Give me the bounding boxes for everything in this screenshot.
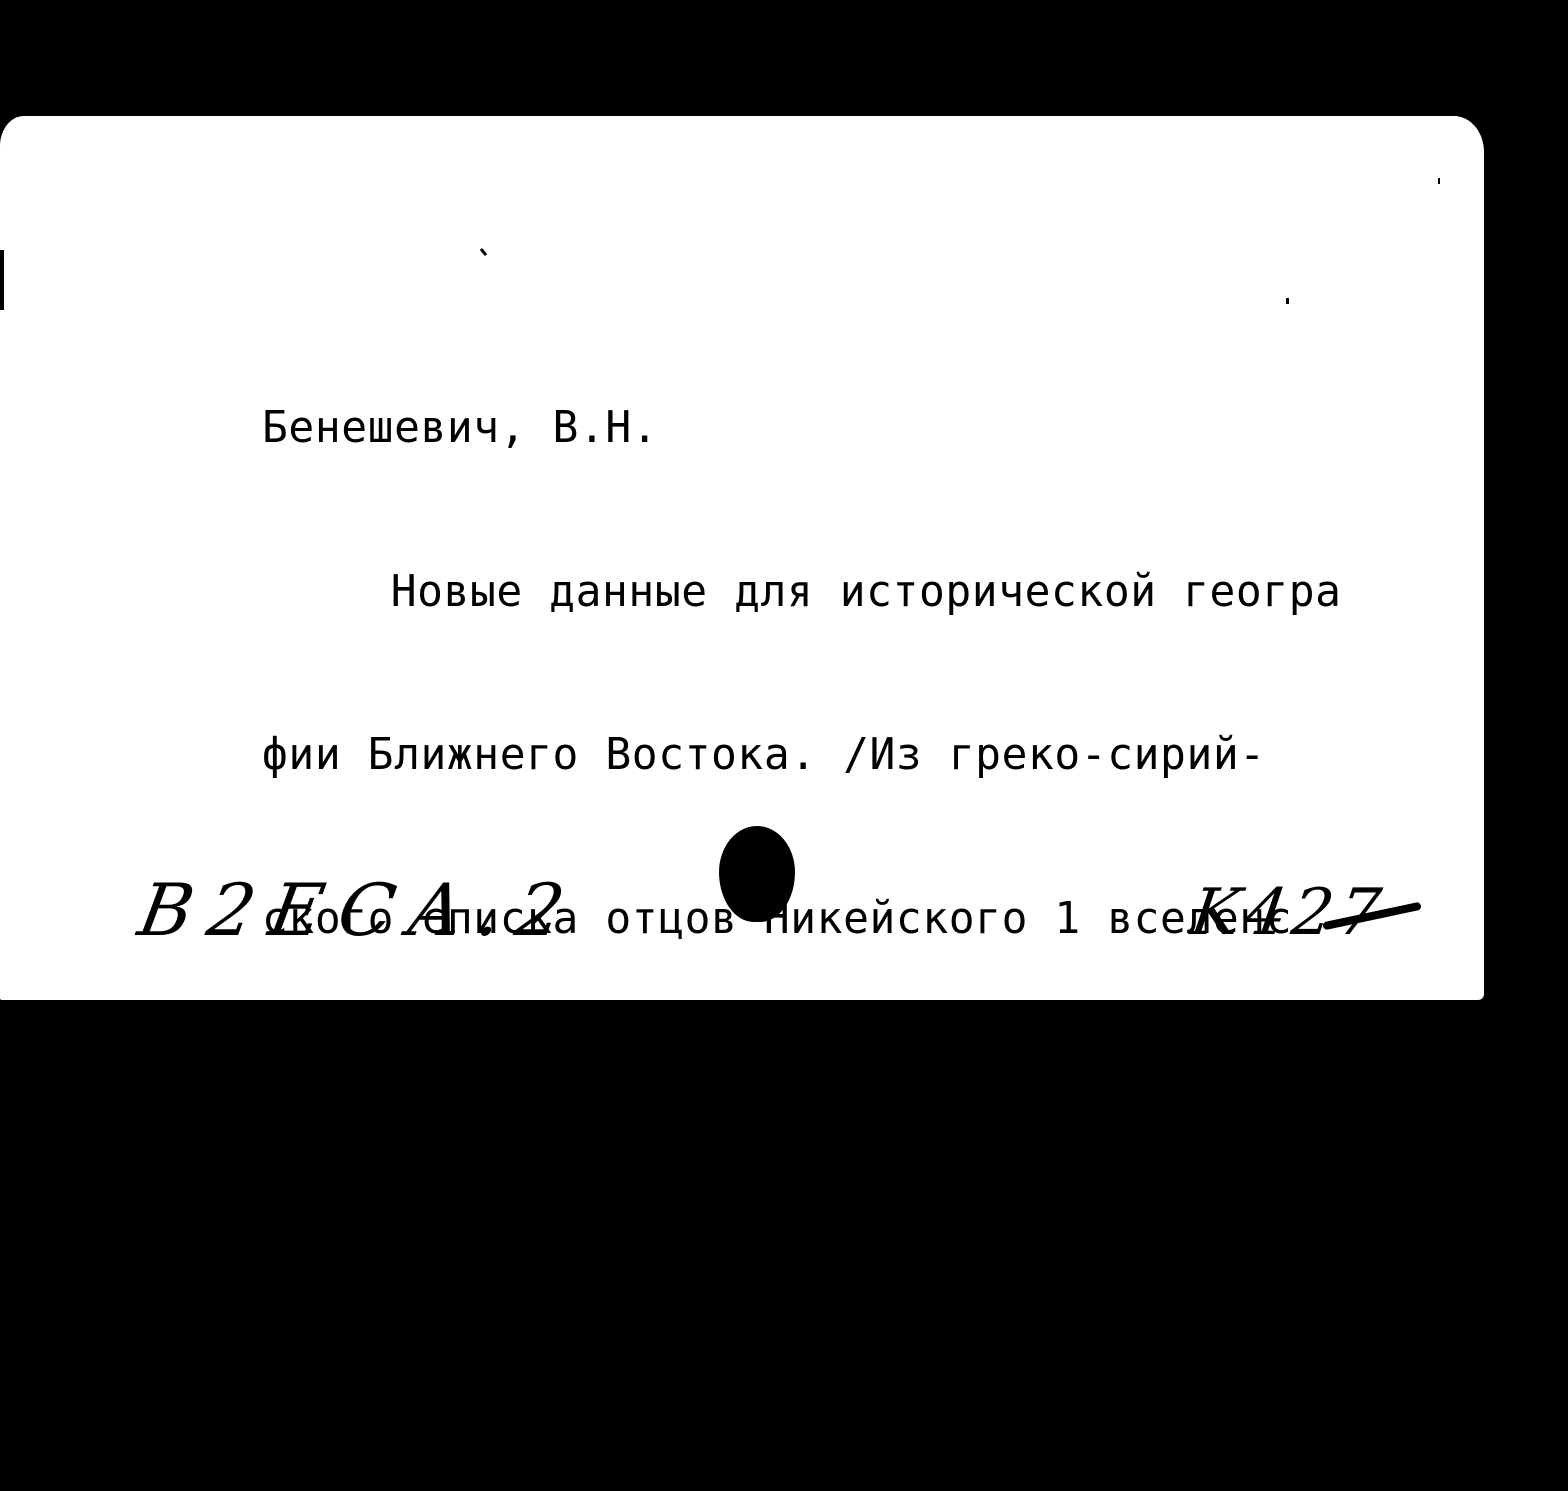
- title-line-4: кого собора/. Кавказский историко-археол: [262, 1055, 1342, 1110]
- handwritten-accession-number: K427: [1187, 876, 1391, 950]
- ink-speck: [1286, 298, 1289, 304]
- typed-bibliographic-entry: Бенешевич, В.Н. Новые данные для историч…: [262, 292, 1342, 1120]
- title-line-2: фии Ближнего Востока. /Из греко-сирий-: [262, 728, 1342, 783]
- punch-hole: [719, 826, 795, 922]
- handwritten-shelfmark: B2ECA.2: [133, 868, 587, 952]
- author-heading: Бенешевич, В.Н.: [262, 401, 1342, 456]
- title-line-1: Новые данные для исторической геогра: [262, 565, 1342, 620]
- ink-speck: [1438, 178, 1440, 184]
- card-edge-mark: [0, 250, 4, 310]
